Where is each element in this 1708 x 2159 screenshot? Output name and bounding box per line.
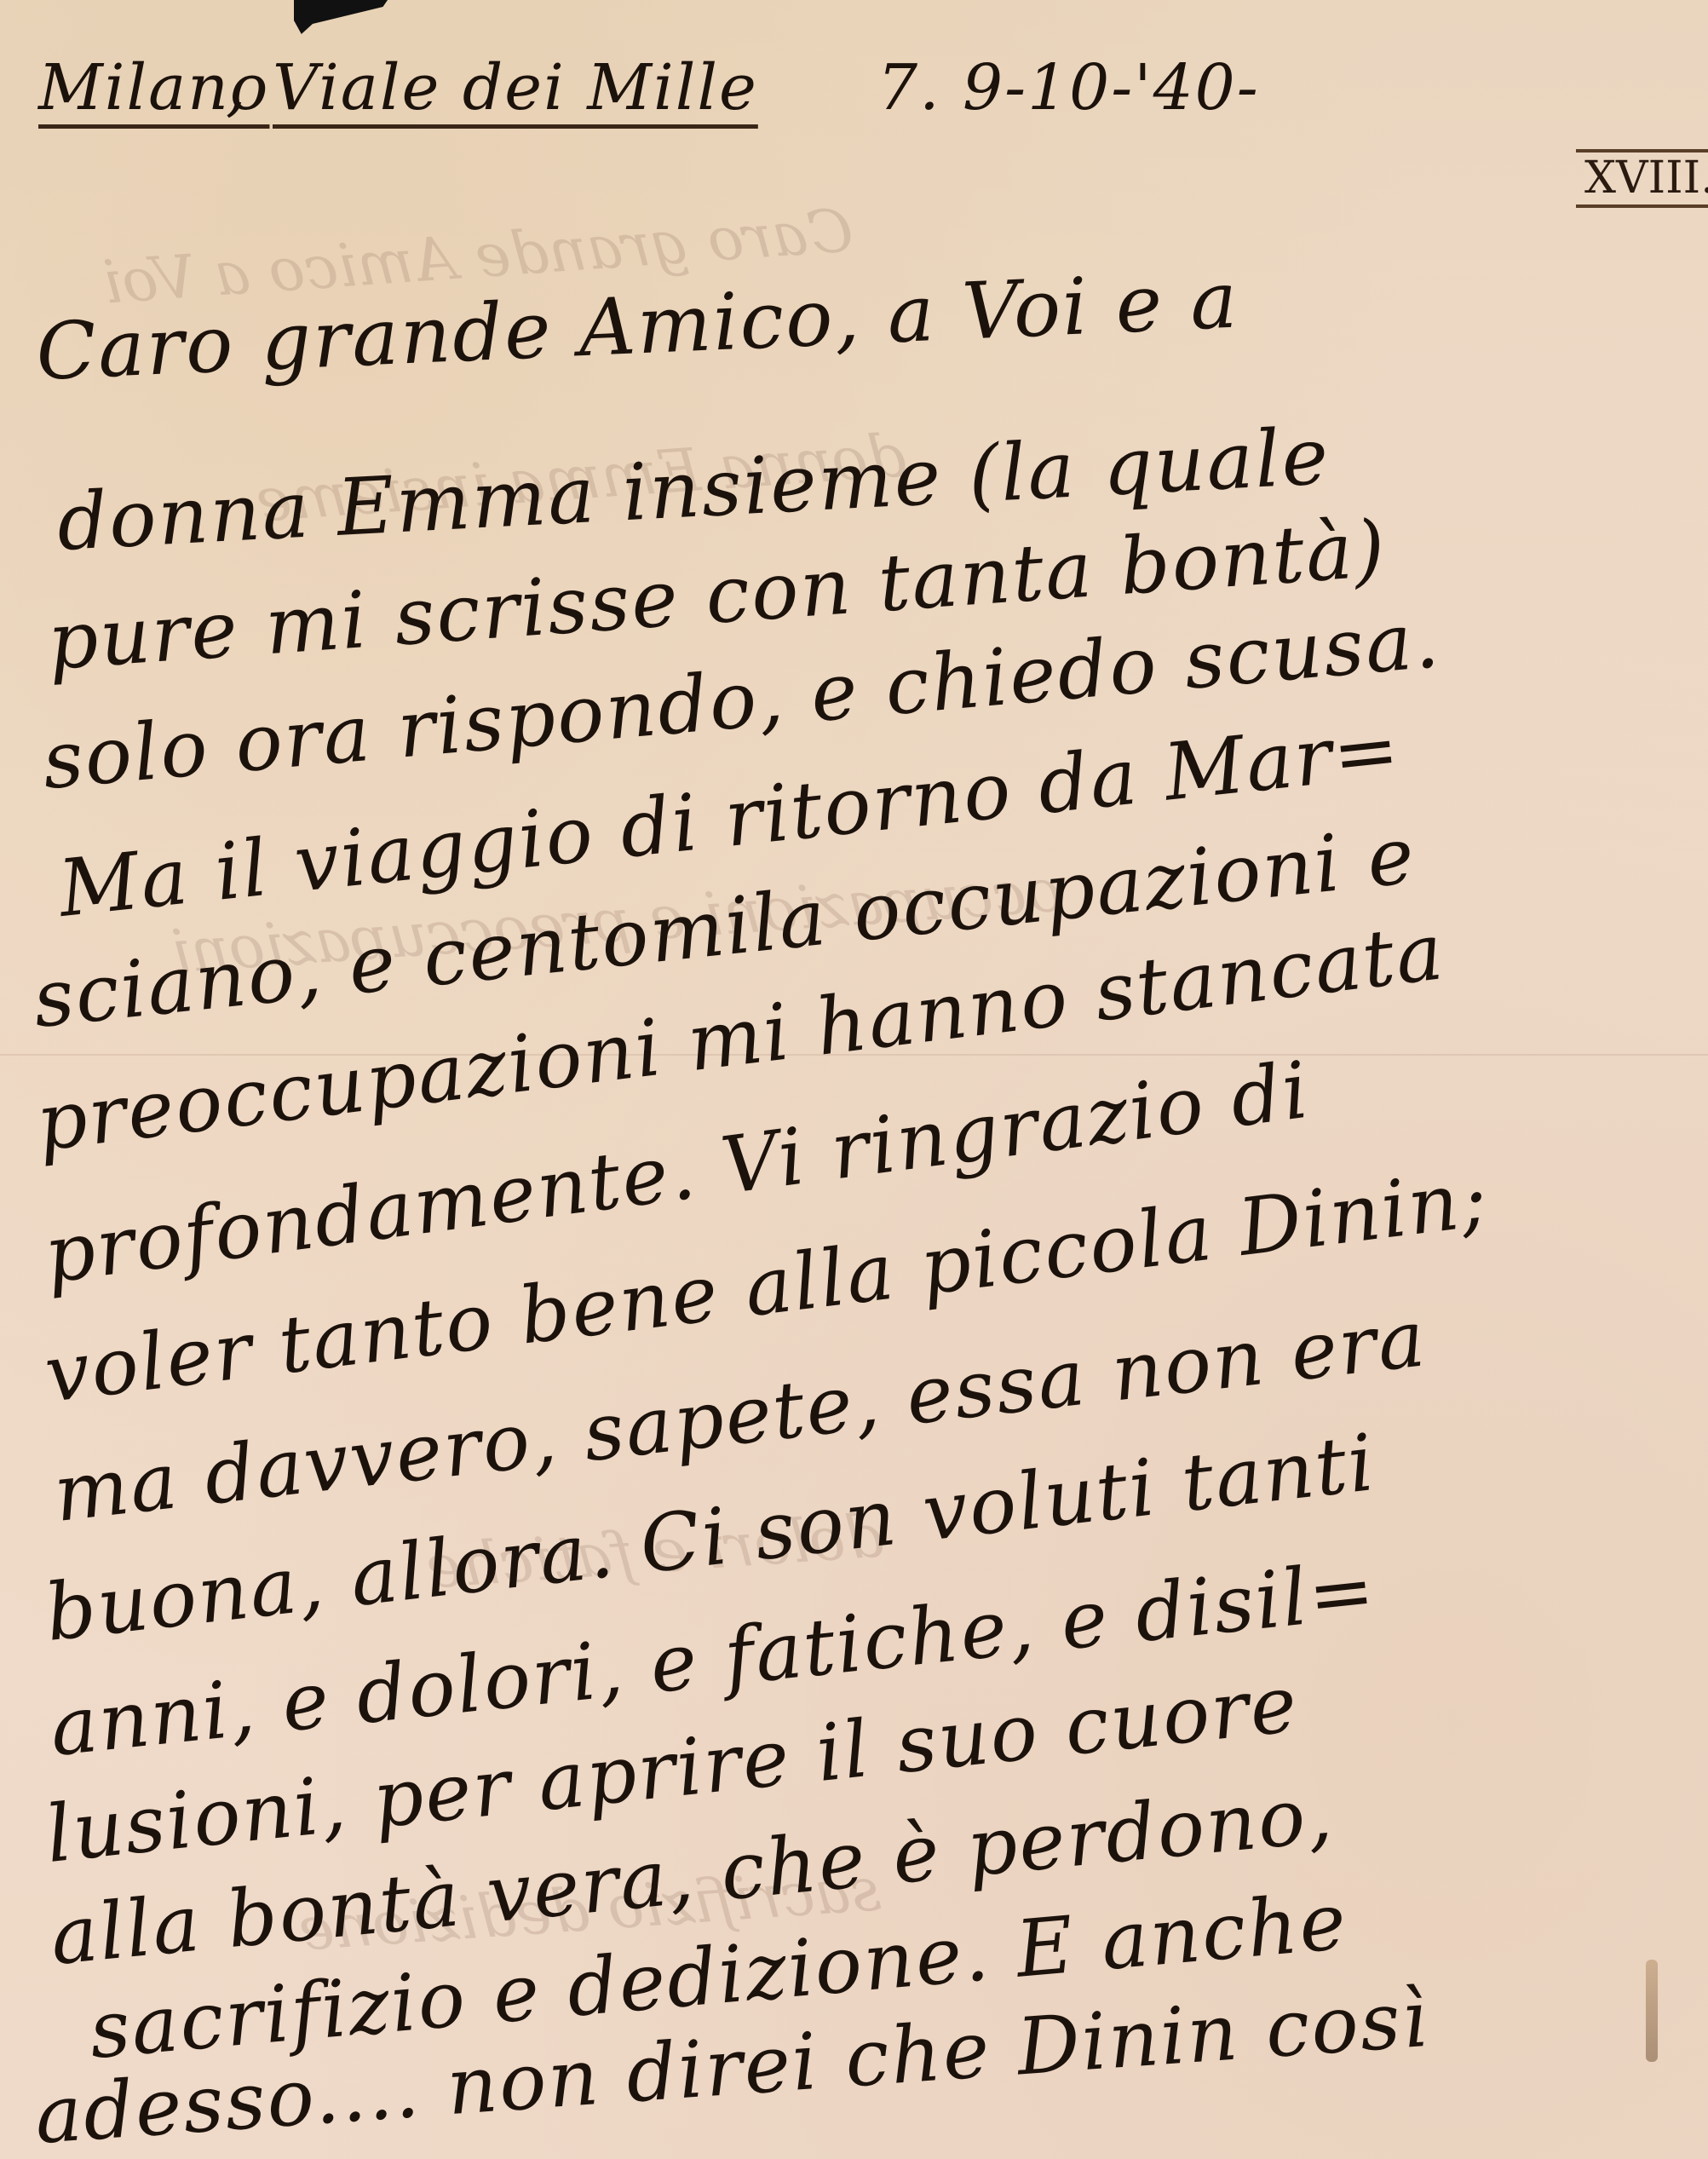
header-number: 7. bbox=[877, 51, 941, 124]
header-date: 9-10-'40- bbox=[963, 51, 1260, 124]
regnal-year: XVIII. bbox=[1576, 149, 1708, 208]
header-comma: , bbox=[226, 51, 248, 124]
header-street: Viale dei Mille bbox=[273, 51, 758, 124]
ink-stain bbox=[1646, 1960, 1658, 2062]
